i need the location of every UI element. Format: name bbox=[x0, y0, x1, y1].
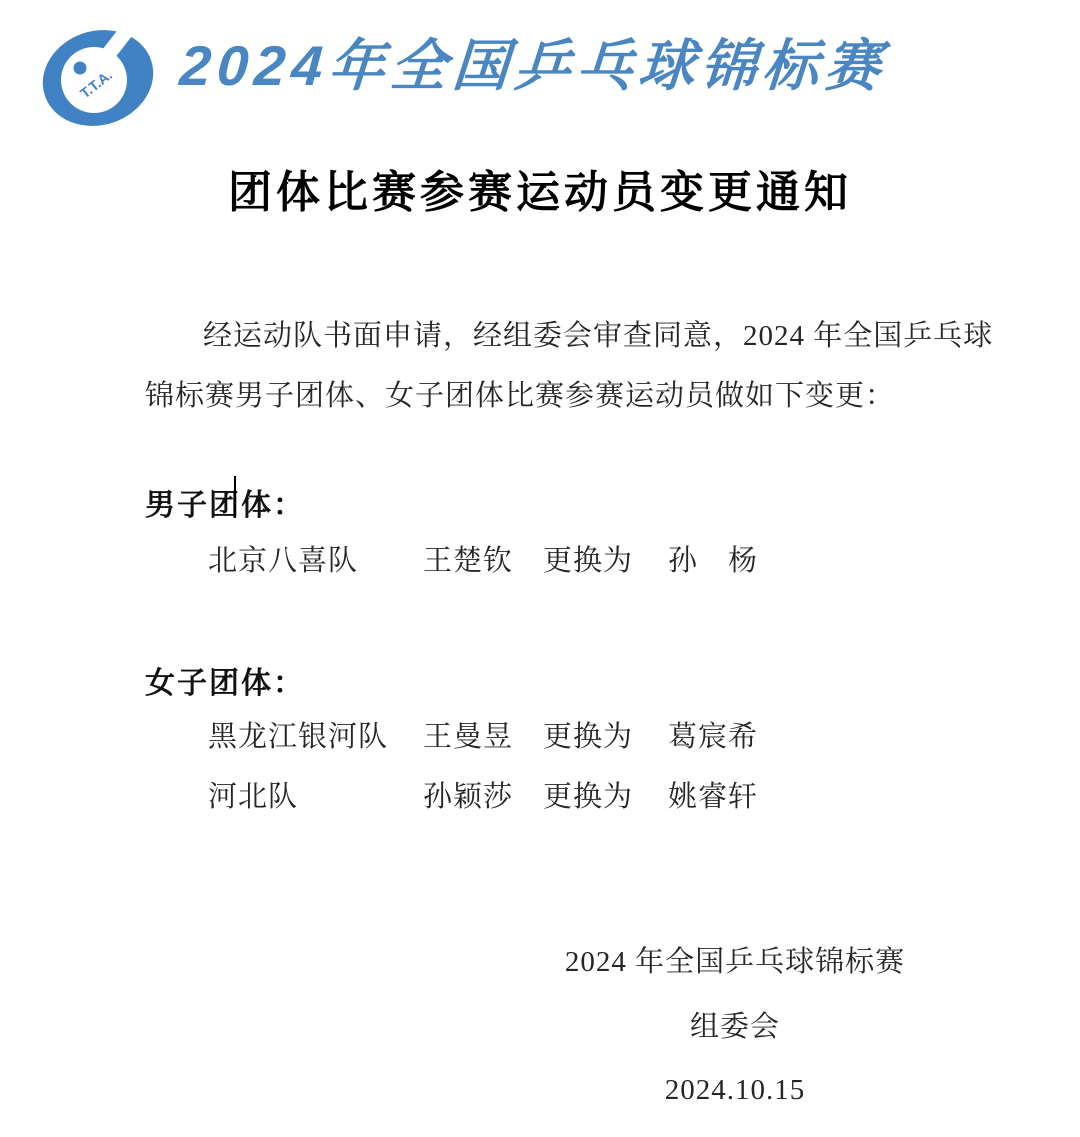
women-change-row-2: 河北队 孙颖莎 更换为 姚睿轩 bbox=[208, 780, 758, 814]
text-cursor bbox=[234, 476, 236, 518]
change-action-label: 更换为 bbox=[543, 780, 668, 814]
intro-line-1: 经运动队书面申请，经组委会审查同意，2024 年全国乒乓球 bbox=[203, 318, 993, 354]
men-team-heading-label: 男子团体： bbox=[145, 489, 305, 522]
player-in: 姚睿轩 bbox=[668, 780, 758, 814]
signature-organization: 2024 年全国乒乓球锦标赛 bbox=[545, 944, 925, 980]
player-out: 孙颖莎 bbox=[423, 780, 543, 814]
change-action-label: 更换为 bbox=[543, 544, 668, 578]
player-out: 王曼昱 bbox=[423, 720, 543, 754]
women-change-row-1: 黑龙江银河队 王曼昱 更换为 葛宸希 bbox=[208, 720, 758, 754]
player-in: 葛宸希 bbox=[668, 720, 758, 754]
banner-title: 2024年全国乒乓球锦标赛 bbox=[177, 30, 889, 102]
signature-block: 2024 年全国乒乓球锦标赛 组委会 2024.10.15 bbox=[545, 944, 925, 1108]
team-name: 北京八喜队 bbox=[208, 544, 423, 578]
intro-line-2: 锦标赛男子团体、女子团体比赛参赛运动员做如下变更： bbox=[145, 378, 895, 414]
women-team-heading: 女子团体： bbox=[145, 658, 305, 702]
player-out: 王楚钦 bbox=[423, 544, 543, 578]
document-page[interactable]: T.T.A. 2024年全国乒乓球锦标赛 团体比赛参赛运动员变更通知 经运动队书… bbox=[0, 0, 1080, 1137]
notice-title: 团体比赛参赛运动员变更通知 bbox=[0, 156, 1080, 220]
change-action-label: 更换为 bbox=[543, 720, 668, 754]
men-change-row: 北京八喜队 王楚钦 更换为 孙 杨 bbox=[208, 544, 758, 578]
women-team-heading-label: 女子团体： bbox=[145, 667, 305, 700]
signature-committee: 组委会 bbox=[545, 1009, 925, 1045]
logo-ball-dot bbox=[74, 62, 87, 75]
table-tennis-association-logo-icon: T.T.A. bbox=[38, 22, 162, 134]
men-team-heading: 男子团体： bbox=[145, 480, 305, 524]
player-in: 孙 杨 bbox=[668, 544, 758, 578]
signature-date: 2024.10.15 bbox=[545, 1072, 925, 1108]
team-name: 黑龙江银河队 bbox=[208, 720, 423, 754]
team-name: 河北队 bbox=[208, 780, 423, 814]
